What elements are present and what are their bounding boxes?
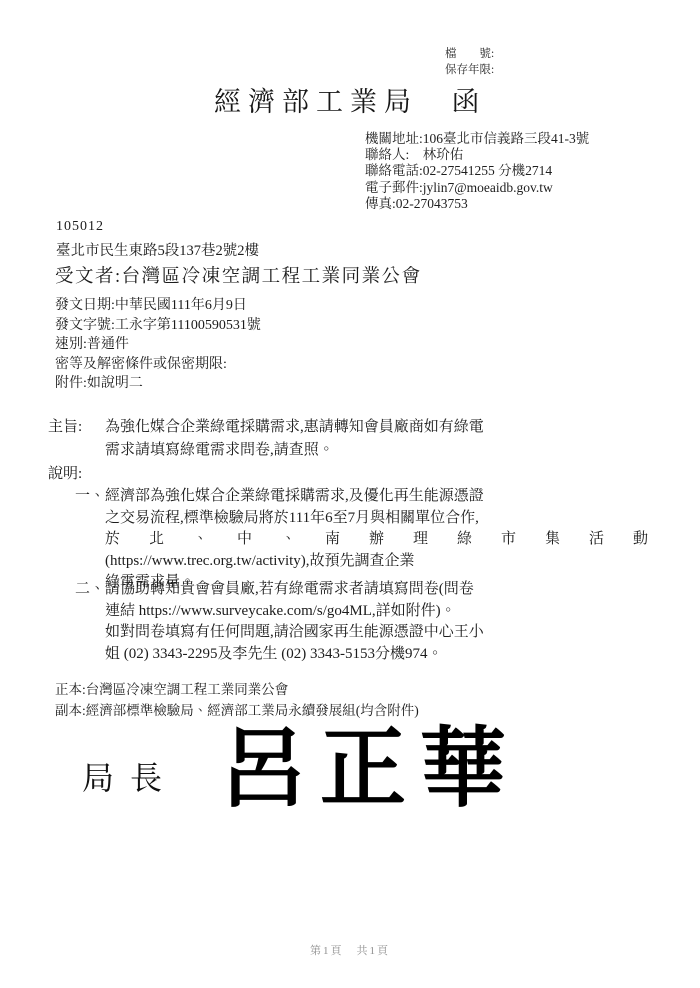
contact-email-line: 電子郵件:jylin7@moeaidb.gov.tw [365,180,589,196]
copies-block: 正本:台灣區冷凍空調工程工業同業公會 副本:經濟部標準檢驗局、經濟部工業局永續發… [55,680,419,721]
agency-address-line: 機關地址:106臺北市信義路三段41-3號 [365,131,589,147]
subject-paragraph: 主旨: 為強化媒合企業綠電採購需求,惠請轉知會員廠商如有綠電 需求請填寫綠電需求… [48,416,654,461]
security-line: 密等及解密條件或保密期限: [55,355,261,375]
priority-line: 速別:普通件 [55,335,261,355]
signer-name-signature: 呂正華 [220,725,520,813]
file-number-label: 檔 號: [445,46,494,62]
subject-line: 為強化媒合企業綠電採購需求,惠請轉知會員廠商如有綠電 [105,416,654,439]
item-line: 經濟部為強化媒合企業綠電採購需求,及優化再生能源憑證 [105,486,653,508]
explanation-label: 說明: [48,462,82,483]
item-line: 於北、中、南辦理綠市集活動 [105,529,653,551]
explanation-item-1: 一、 經濟部為強化媒合企業綠電採購需求,及優化再生能源憑證 之交易流程,標準檢驗… [75,486,653,594]
cc-copy-line: 副本:經濟部標準檢驗局、經濟部工業局永續發展組(均含附件) [55,701,419,722]
item-number: 二、 [75,579,105,601]
retention-period-label: 保存年限: [445,62,494,78]
explanation-item-2: 二、 請協助轉知貴會會員廠,若有綠電需求者請填寫問卷(問卷 連結 https:/… [75,579,653,665]
signer-title: 局長 [82,739,178,799]
subject-label: 主旨: [48,416,82,439]
item-line: (https://www.trec.org.tw/activity),故預先調查… [105,551,653,573]
page-footer: 第1頁 共1頁 [0,942,700,958]
recipient-zipcode: 105012 [56,219,104,235]
issuance-meta-block: 發文日期:中華民國111年6月9日 發文字號:工永字第11100590531號 … [55,296,261,394]
item-line: 之交易流程,標準檢驗局將於111年6至7月與相關單位合作, [105,508,653,530]
item-line: 請協助轉知貴會會員廠,若有綠電需求者請填寫問卷(問卷 [105,579,653,601]
item-number: 一、 [75,486,105,508]
subject-line: 需求請填寫綠電需求問卷,請查照。 [105,439,654,462]
item-line: 連結 https://www.surveycake.com/s/go4ML,詳如… [105,601,653,623]
issue-date-line: 發文日期:中華民國111年6月9日 [55,296,261,316]
item-line: 姐 (02) 3343-2295及李先生 (02) 3343-5153分機974… [105,644,653,666]
contact-fax-line: 傳真:02-27043753 [365,196,589,212]
attachment-line: 附件:如說明二 [55,374,261,394]
issue-number-line: 發文字號:工永字第11100590531號 [55,316,261,336]
signature-block: 局長 呂正華 [82,726,520,812]
agency-contact-block: 機關地址:106臺北市信義路三段41-3號 聯絡人: 林玠佑 聯絡電話:02-2… [365,131,589,212]
original-copy-line: 正本:台灣區冷凍空調工程工業同業公會 [55,680,419,701]
archive-labels: 檔 號: 保存年限: [445,46,494,78]
contact-phone-line: 聯絡電話:02-27541255 分機2714 [365,163,589,179]
recipient-line: 受文者:台灣區冷凍空調工程工業同業公會 [55,262,422,288]
recipient-address: 臺北市民生東路5段137巷2號2樓 [56,239,259,260]
scanned-official-letter: 檔 號: 保存年限: 經濟部工業局 函 機關地址:106臺北市信義路三段41-3… [0,0,700,988]
document-title: 經濟部工業局 函 [0,80,700,119]
contact-person-line: 聯絡人: 林玠佑 [365,147,589,163]
item-line: 如對問卷填寫有任何問題,請洽國家再生能源憑證中心王小 [105,622,653,644]
